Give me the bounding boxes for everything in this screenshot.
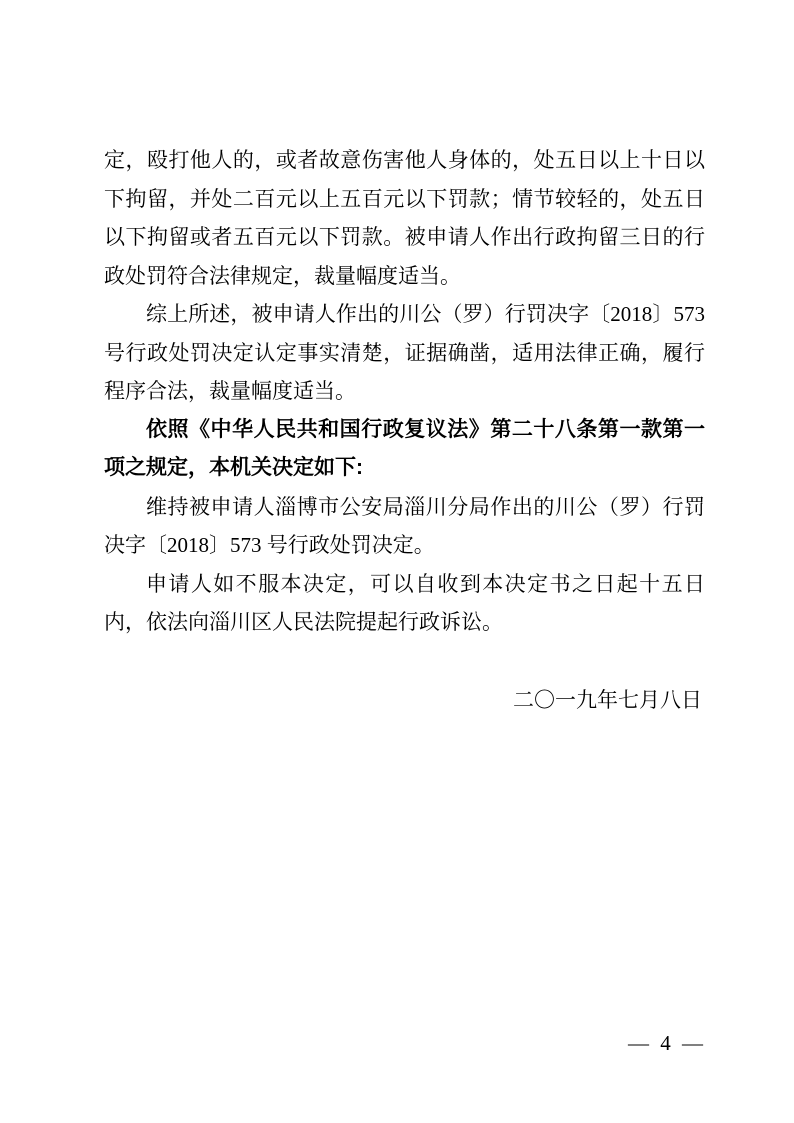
paragraph: 维持被申请人淄博市公安局淄川分局作出的川公（罗）行罚决字〔2018〕573 号行… bbox=[104, 488, 705, 565]
date-line: 二〇一九年七月八日 bbox=[513, 681, 702, 720]
paragraph: 依照《中华人民共和国行政复议法》第二十八条第一款第一项之规定，本机关决定如下: bbox=[104, 411, 705, 488]
document-body: 定，殴打他人的，或者故意伤害他人身体的，处五日以上十日以下拘留，并处二百元以上五… bbox=[104, 141, 705, 642]
paragraph: 综上所述，被申请人作出的川公（罗）行罚决字〔2018〕573 号行政处罚决定认定… bbox=[104, 295, 705, 411]
paragraph: 定，殴打他人的，或者故意伤害他人身体的，处五日以上十日以下拘留，并处二百元以上五… bbox=[104, 141, 705, 295]
paragraph: 申请人如不服本决定，可以自收到本决定书之日起十五日内，依法向淄川区人民法院提起行… bbox=[104, 565, 705, 642]
document-page: 定，殴打他人的，或者故意伤害他人身体的，处五日以上十日以下拘留，并处二百元以上五… bbox=[0, 0, 794, 1123]
page-number: — 4 — bbox=[628, 1031, 706, 1055]
